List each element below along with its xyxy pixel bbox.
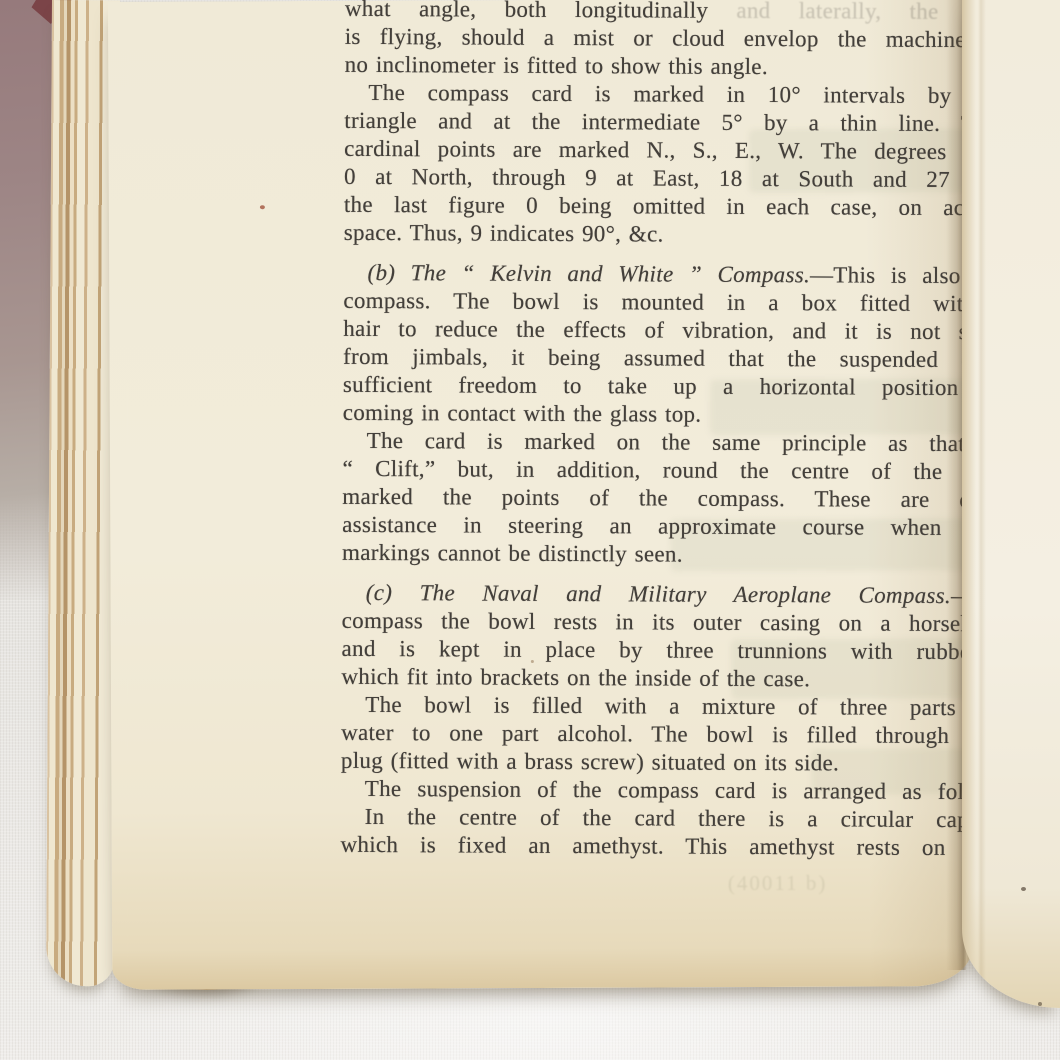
right-page-blank — [962, 0, 1060, 1008]
book-photo-scene: { "scene": { "description": "Photograph … — [0, 0, 1060, 1060]
text-segment: which fit into brackets on the inside of… — [341, 664, 810, 691]
left-page: (40011 b) what angle, both longitudinall… — [108, 0, 972, 990]
text-segment: and laterally, the — [736, 0, 967, 24]
fabric-speck — [1021, 887, 1026, 891]
text-segment: plug (fitted with a brass screw) situate… — [341, 748, 839, 776]
text-segment: coming in contact with the glass top. — [343, 400, 702, 427]
paper-speck — [531, 660, 534, 663]
text-segment: space. Thus, 9 indicates 90°, &c. — [344, 220, 664, 247]
text-segment: what angle, both longitudinally — [345, 0, 737, 23]
ghost-signature-mark: (40011 b) — [728, 871, 828, 896]
italic-text-segment: (b) The “ Kelvin and White ” Compass. — [367, 260, 810, 287]
fabric-speck — [1038, 1002, 1042, 1006]
paper-speck — [260, 205, 265, 209]
italic-text-segment: (c) The Naval and Military Aeroplane Com… — [366, 580, 951, 608]
text-segment: no inclinometer is fitted to show this a… — [345, 52, 768, 79]
text-segment: markings cannot be distinctly seen. — [342, 540, 683, 567]
